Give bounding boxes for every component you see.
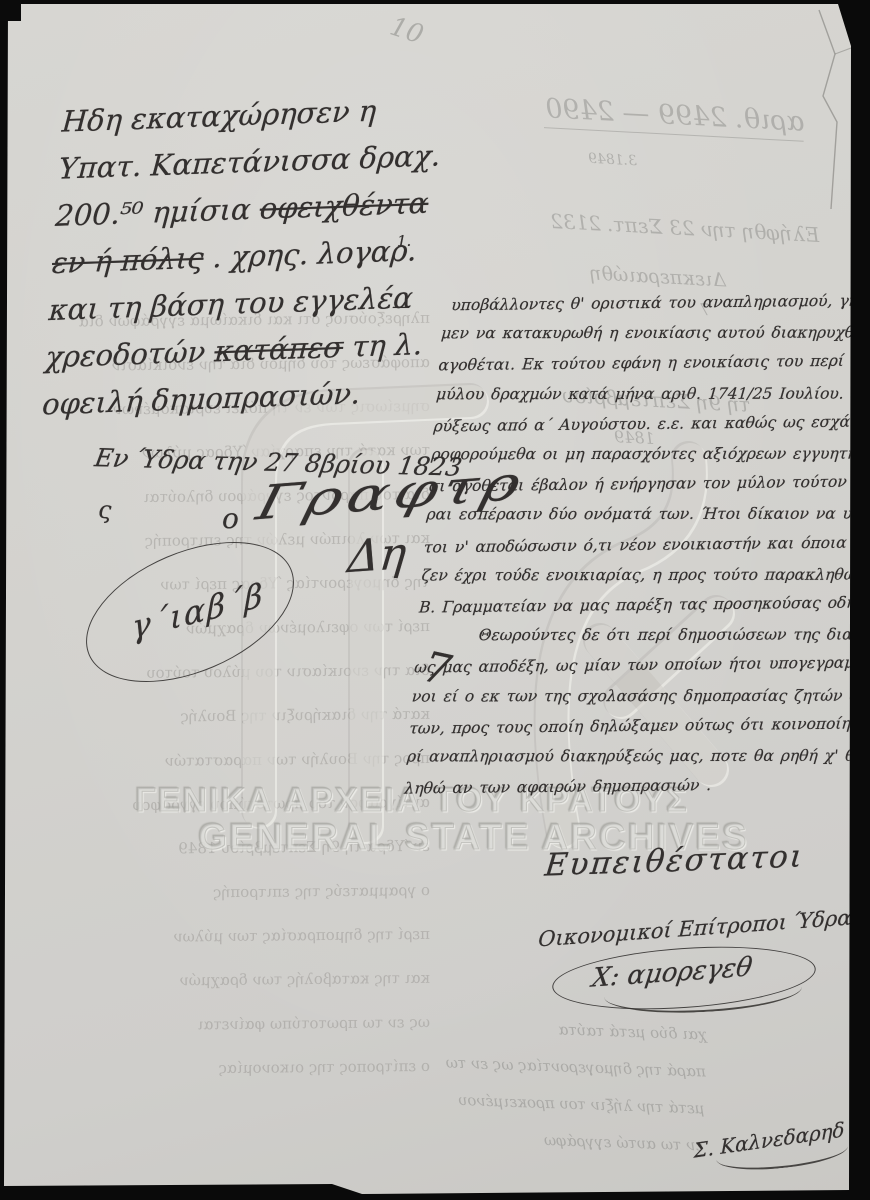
official-initials: Δη (345, 528, 408, 584)
body-line: Β. Γραμματείαν να μας παρέξη τας προσηκο… (418, 588, 852, 623)
bleed-line: εν τω αυτώ εγγράφω (442, 1118, 703, 1164)
bleed-bottom-block: χαι δύο μετά ταύτα παρά της δημογεροντία… (442, 1008, 707, 1165)
scan-corner-square (0, 0, 21, 21)
paragraph-dash: — (392, 296, 410, 317)
body-line: Θεωρούντες δε ότι περί δημοσιώσεων της δ… (477, 620, 849, 651)
date-mark: ς (98, 496, 111, 524)
body-line: ζεν έχρι τούδε ενοικιαρίας, η προς τούτο… (420, 559, 854, 590)
bleed-received-line: Ελήφθη την 23 Σεπτ. 2132 (550, 209, 821, 247)
body-line: αγοθέται. Εκ τούτου εφάνη η ενοικίασις τ… (437, 346, 870, 381)
signatories-title: Οικονομικοί Επίτροποι Ύδρας (538, 905, 864, 952)
margin-text: . χρης. λογαρ. (202, 233, 418, 275)
archival-scan: αριθ. 2499 — 2490 3.1849 Ελήφθη την 23 Σ… (0, 0, 870, 1200)
bleed-line: ο γραμματεύς της επιτροπής (52, 868, 430, 916)
body-line: σι αγοθέται έβαλον ή ενήργησαν τον μύλον… (428, 467, 862, 502)
bleed-line: και της καταβολής των δραχμών (0, 956, 430, 1005)
bleed-heading: αριθ. 2499 — 2490 (544, 93, 805, 142)
struck-text: κατάπεσ (213, 330, 344, 369)
bleed-line: ως εν τω πρωτοτύπω φαίνεται (52, 1000, 430, 1048)
body-line: νοι εί ο εκ των της σχολασάσης δημοπρασί… (411, 680, 845, 711)
body-line: ληθώ αν των αφαιρών δημοπρασιών . (403, 769, 837, 804)
body-line: τοι ν' αποδώσωσιν ό,τι νέον ενοικιαστήν … (423, 527, 857, 562)
body-line: ρύξεως από α΄ Αυγούστου. ε.ε. και καθώς … (433, 406, 867, 441)
body-line: ρί αναπληριασμού διακηρύξεώς μας, ποτε θ… (406, 741, 840, 772)
body-line: μεν να κατακυρωθή η ενοικίασις αυτού δια… (440, 318, 870, 349)
body-line: υποβάλλοντες θ' οριστικά του αναπληριασμ… (450, 285, 870, 320)
body-line: ραι εσπέρασιν δύο ονόματά των. Ήτοι δίκα… (425, 499, 859, 530)
margin-text: 200.⁵⁰ ημίσια (54, 192, 261, 233)
closing-salutation: Ευπειθέστατοι (543, 838, 806, 883)
margin-note: Ηδη εκαταχώρησεν η Υπατ. Καπετάνισσα δρα… (41, 85, 464, 429)
bleed-line: ο επίτροπος της οικονομίας (30, 1044, 430, 1092)
bleed-line: περί της δημοπρασίας των μύλων (30, 912, 430, 960)
manuscript-page: αριθ. 2499 — 2490 3.1849 Ελήφθη την 23 Σ… (0, 0, 870, 1200)
body-line: ροφορούμεθα οι μη παρασχόντες αξιόχρεων … (430, 439, 864, 470)
official-article: ο (222, 502, 239, 535)
struck-text: οφειχθέντα (259, 186, 430, 226)
struck-text: εν ή πόλις (51, 241, 205, 280)
bleed-note: 3.1849 (588, 151, 638, 170)
pencil-mark: 10 (386, 12, 427, 51)
letter-body: υποβάλλοντες θ' οριστικά του αναπληριασμ… (403, 286, 870, 803)
body-line: μύλου δραχμών κατά μήνα αριθ. 1741/25 Ιο… (435, 378, 869, 409)
margin-text: τη λ. (342, 327, 424, 364)
corner-crease (795, 4, 865, 214)
margin-text: χρεοδοτών (44, 334, 215, 374)
ink-mark-one: 1. (397, 232, 411, 250)
body-line: ως μας αποδέξη, ως μίαν των οποίων ήτοι … (413, 648, 847, 683)
body-line: των, προς τους οποίη δηλώξαμεν ούτως ότι… (408, 708, 842, 743)
